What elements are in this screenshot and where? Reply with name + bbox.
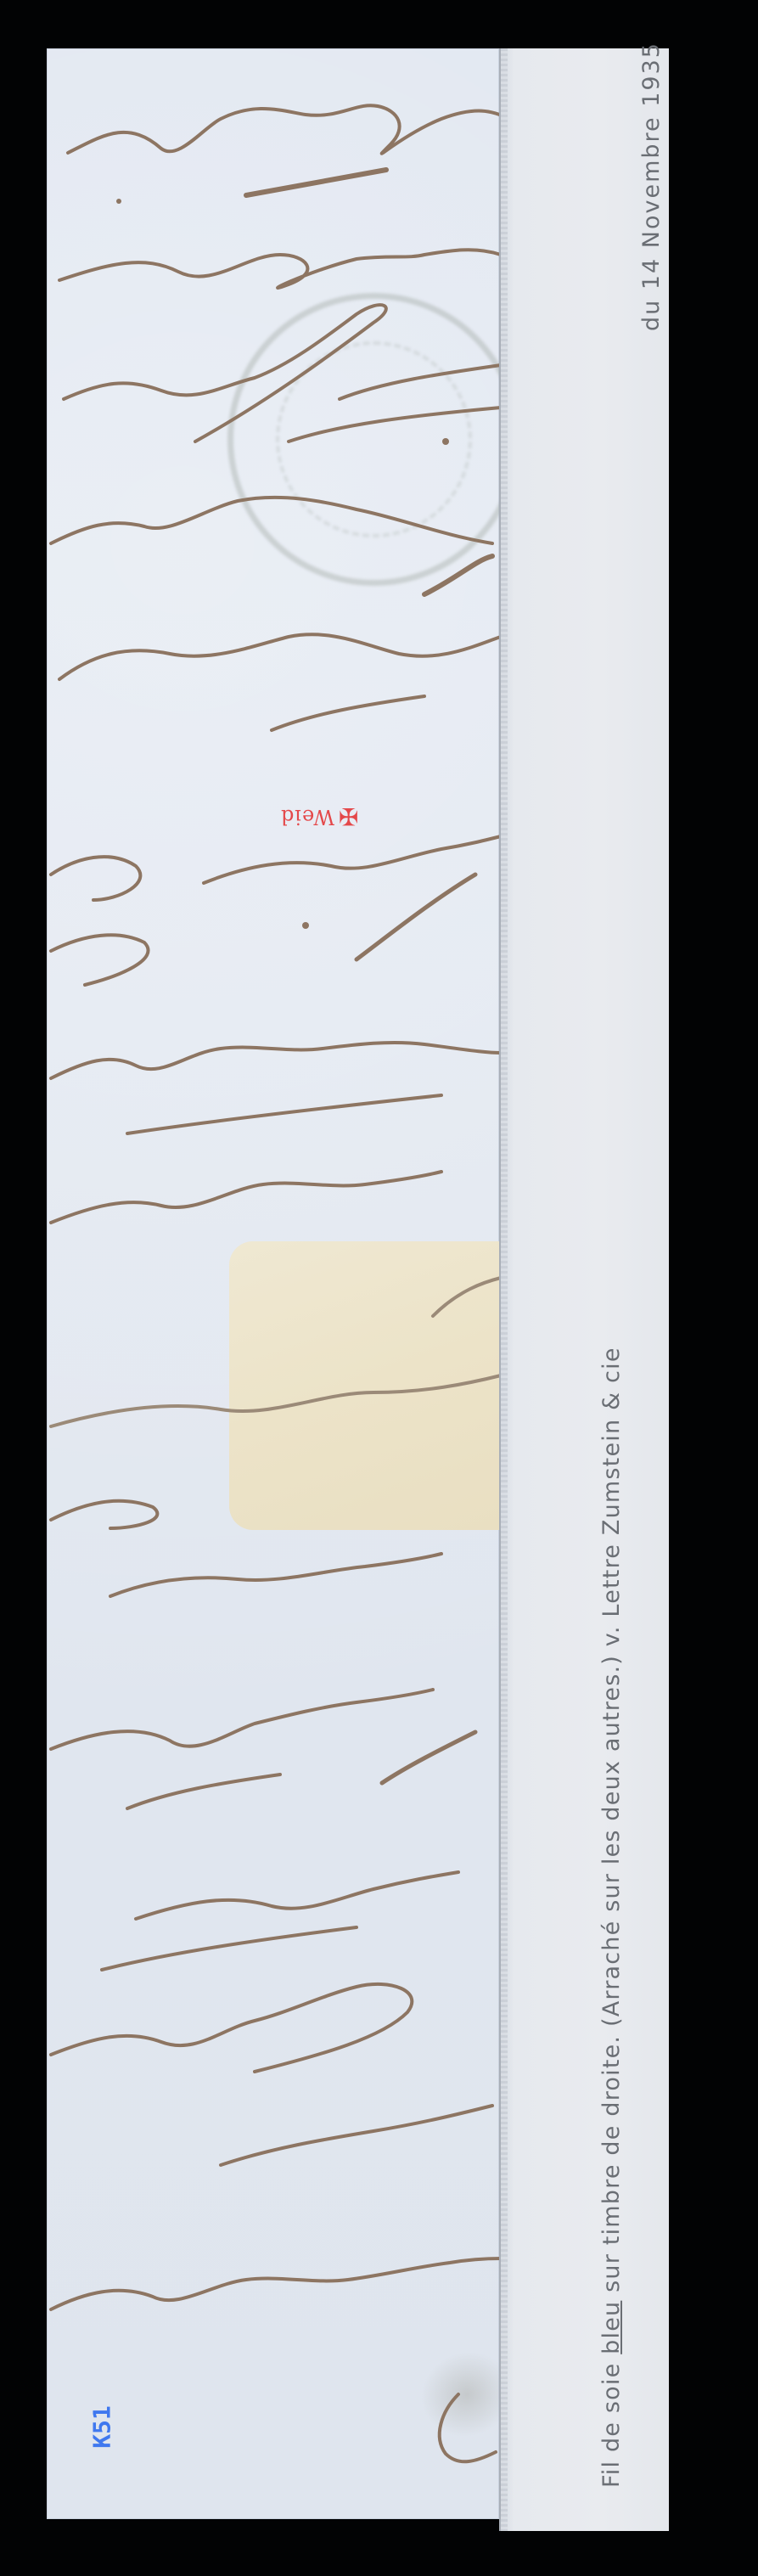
pencil-annotation-line-2: du 14 Novembre 1935 [638,42,665,331]
strip-fold-edge [501,48,508,2531]
pencil-text-suffix: sur timbre de droite. (Arraché sur les d… [598,1347,625,2300]
weid-red-stamp: ✠Weid [280,802,358,830]
annotation-strip [499,48,669,2531]
weid-text: Weid [280,805,334,829]
pencil-text-prefix: Fil de soie [598,2354,625,2488]
blue-reference-mark: K51 [88,2402,116,2453]
pencil-text-underlined: bleu [598,2301,625,2354]
swiss-cross-icon: ✠ [338,802,358,830]
pencil-annotation-line-1: Fil de soie bleu sur timbre de droite. (… [598,1347,625,2488]
